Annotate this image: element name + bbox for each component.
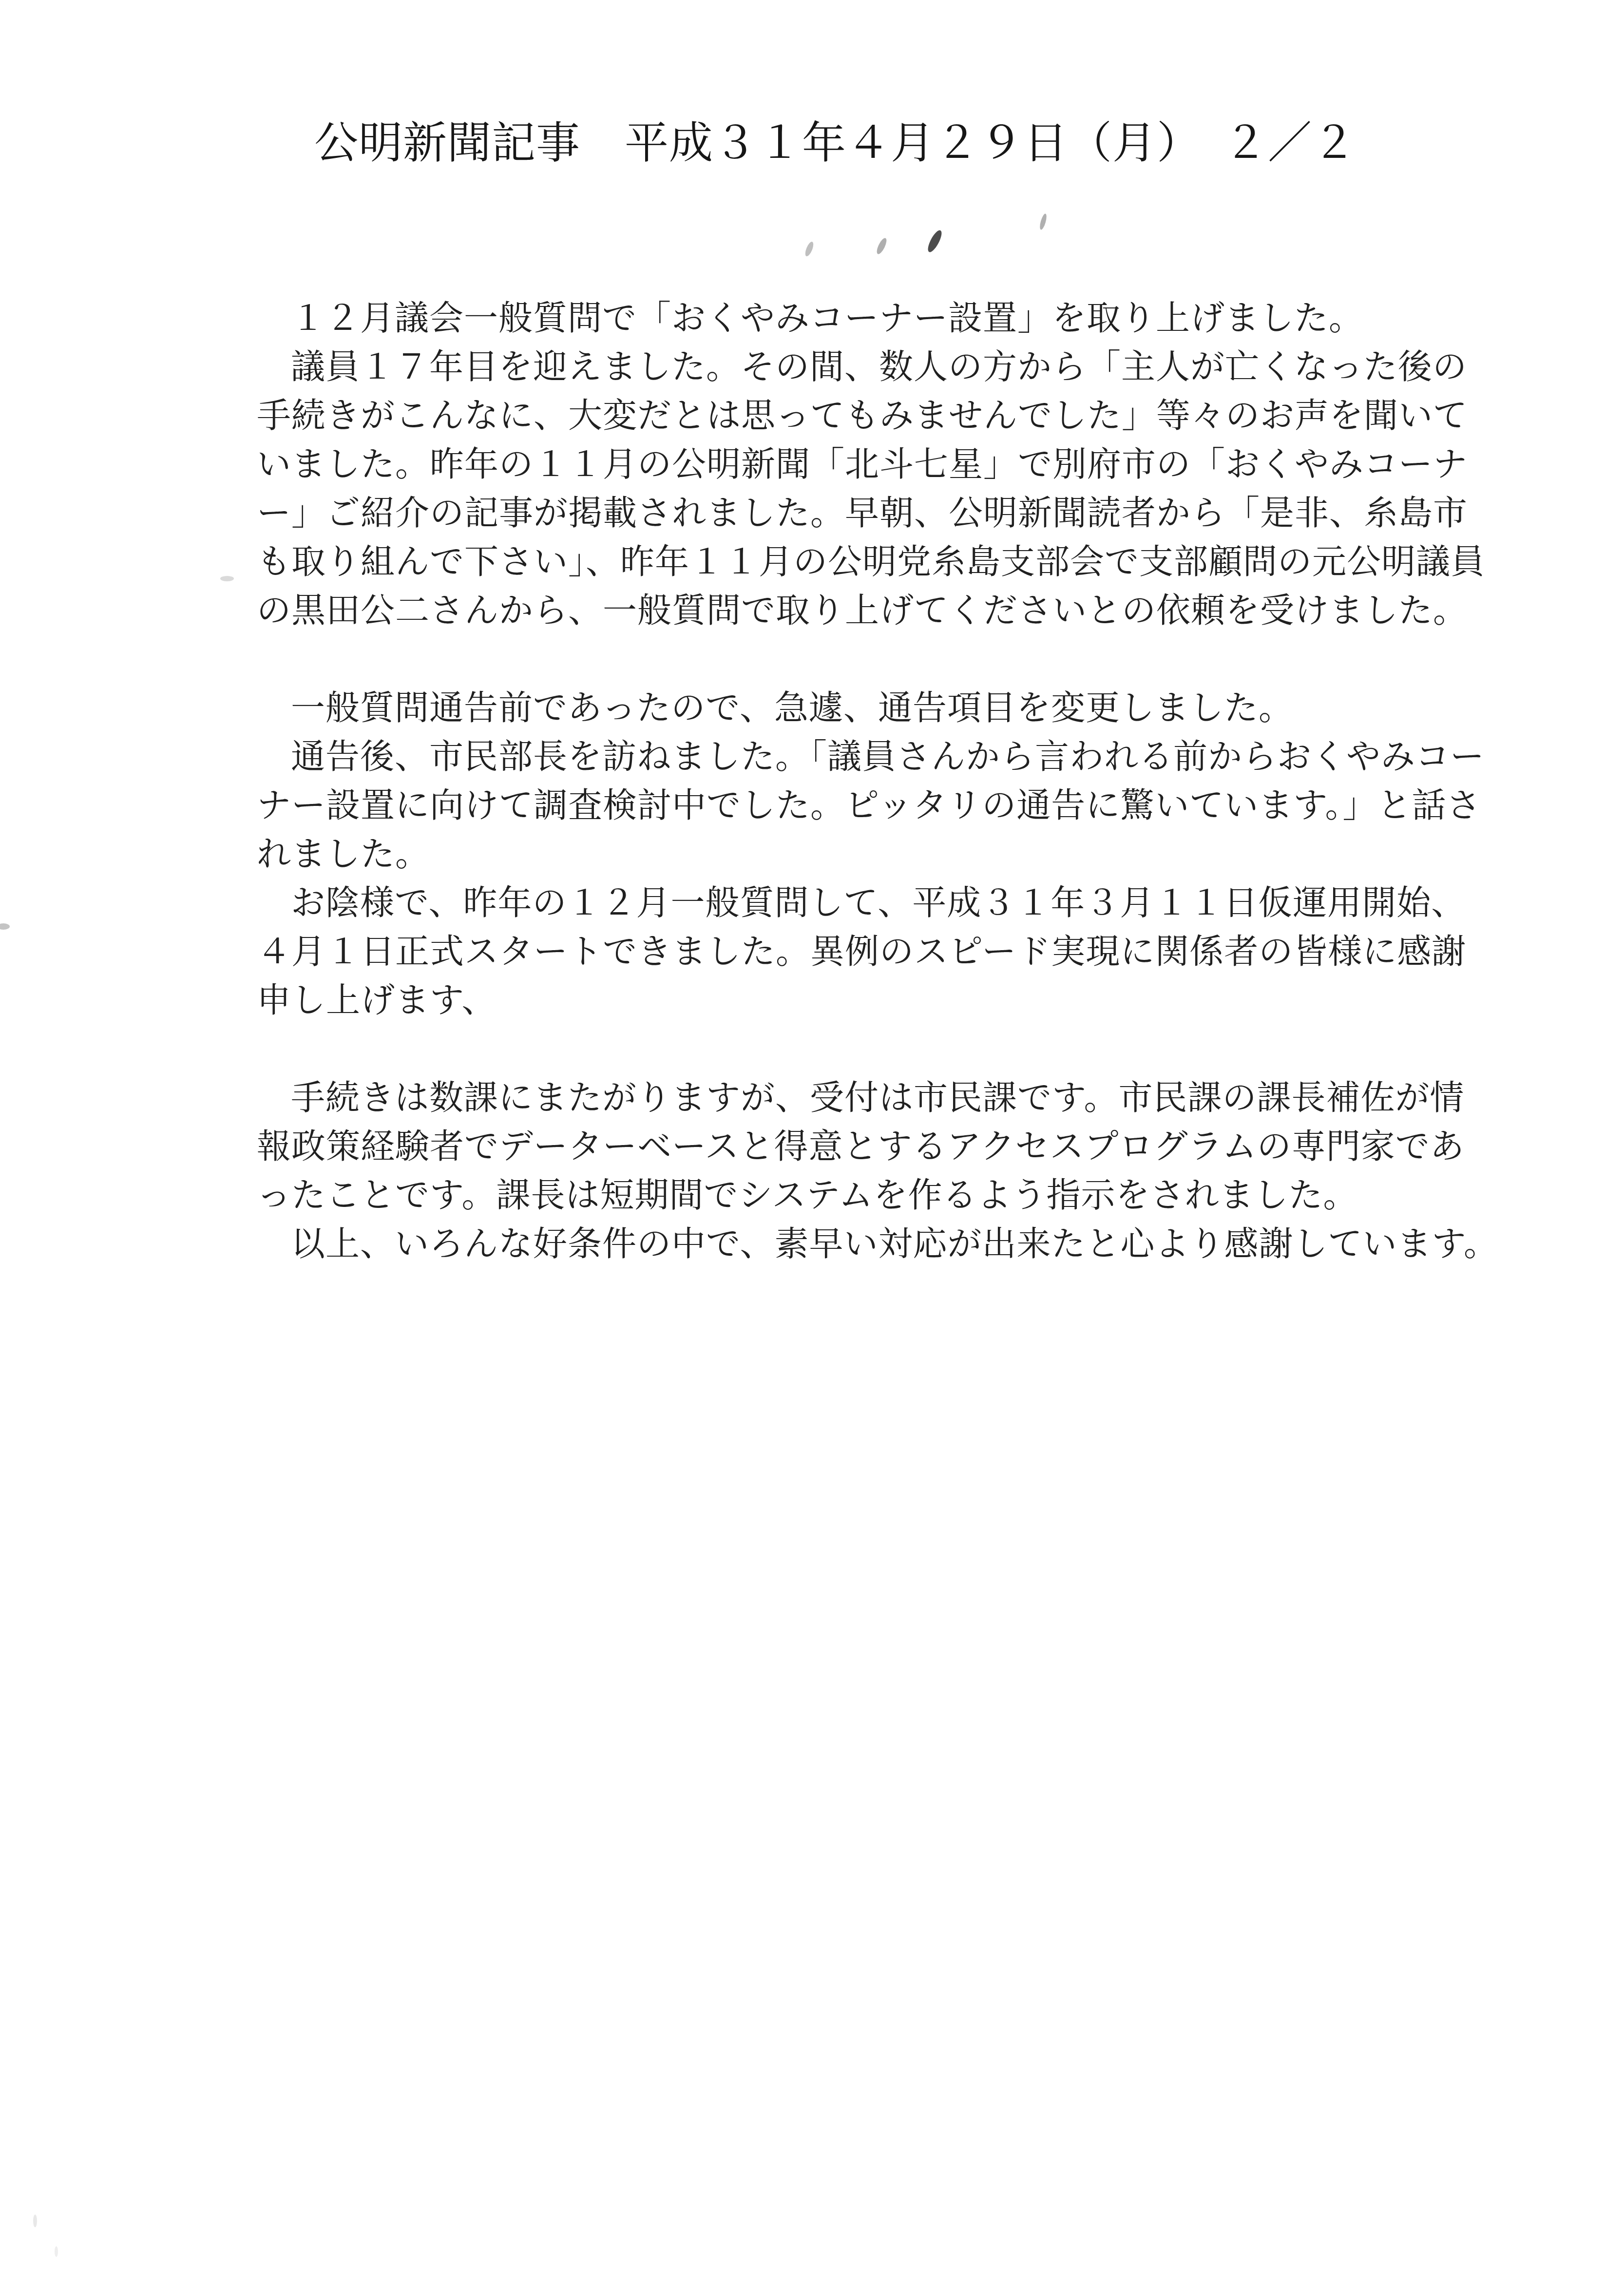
text-line: １２月議会一般質問で「おくやみコーナー設置」を取り上げました。 — [257, 295, 1475, 344]
paragraph: 以上、いろんな好条件の中で、素早い対応が出来たと心より感謝しています。 — [257, 1221, 1475, 1269]
paragraph: 通告後、市民部長を訪ねました。「議員さんから言われる前からおくやみコー ナー設置… — [257, 733, 1475, 879]
scan-speck — [33, 2215, 37, 2227]
text-line: ったことです。課長は短期間でシステムを作るよう指示をされました。 — [257, 1172, 1475, 1221]
text-line: いました。昨年の１１月の公明新聞「北斗七星」で別府市の「おくやみコーナ — [257, 441, 1475, 490]
page-title: 公明新聞記事 平成３１年４月２９日（月） ２／２ — [314, 119, 1357, 168]
text-line: ー」ご紹介の記事が掲載されました。早朝、公明新聞読者から「是非、糸島市 — [257, 490, 1475, 538]
paragraph: 議員１７年目を迎えました。その間、数人の方から「主人が亡くなった後の 手続きがこ… — [257, 344, 1475, 636]
text-line: も取り組んで下さい」、昨年１１月の公明党糸島支部会で支部顧問の元公明議員 — [257, 538, 1475, 587]
scan-speck — [875, 237, 888, 255]
paragraph: 一般質問通告前であったので、急遽、通告項目を変更しました。 — [257, 685, 1475, 733]
scan-speck — [1039, 213, 1048, 230]
text-line: 一般質問通告前であったので、急遽、通告項目を変更しました。 — [257, 685, 1475, 733]
text-line: 申し上げます、 — [257, 977, 1475, 1026]
text-line: お陰様で、昨年の１２月一般質問して、平成３１年３月１１日仮運用開始、 — [257, 879, 1475, 928]
scan-speck — [803, 241, 815, 257]
text-line: 議員１７年目を迎えました。その間、数人の方から「主人が亡くなった後の — [257, 344, 1475, 392]
text-line: れました。 — [257, 831, 1475, 879]
text-line: の黒田公二さんから、一般質問で取り上げてくださいとの依頼を受けました。 — [257, 587, 1475, 636]
text-line: 以上、いろんな好条件の中で、素早い対応が出来たと心より感謝しています。 — [257, 1221, 1475, 1269]
scan-speck — [0, 923, 10, 930]
text-line: ナー設置に向けて調査検討中でした。ピッタリの通告に驚いています。」と話さ — [257, 782, 1475, 831]
paragraph: 手続きは数課にまたがりますが、受付は市民課です。市民課の課長補佐が情 報政策経験… — [257, 1074, 1475, 1221]
text-line: 手続きは数課にまたがりますが、受付は市民課です。市民課の課長補佐が情 — [257, 1074, 1475, 1123]
scan-speck — [220, 576, 234, 581]
scan-speck — [55, 2246, 58, 2257]
text-line: 報政策経験者でデーターベースと得意とするアクセスプログラムの専門家であ — [257, 1123, 1475, 1172]
paragraph: １２月議会一般質問で「おくやみコーナー設置」を取り上げました。 — [257, 295, 1475, 344]
text-line: 手続きがこんなに、大変だとは思ってもみませんでした」等々のお声を聞いて — [257, 392, 1475, 441]
text-line: ４月１日正式スタートできました。異例のスピード実現に関係者の皆様に感謝 — [257, 928, 1475, 977]
text-line: 通告後、市民部長を訪ねました。「議員さんから言われる前からおくやみコー — [257, 733, 1475, 782]
scanned-document-page: 公明新聞記事 平成３１年４月２９日（月） ２／２ １２月議会一般質問で「おくやみ… — [0, 0, 1624, 2294]
paragraph: お陰様で、昨年の１２月一般質問して、平成３１年３月１１日仮運用開始、 ４月１日正… — [257, 879, 1475, 1026]
document-body: １２月議会一般質問で「おくやみコーナー設置」を取り上げました。 議員１７年目を迎… — [257, 295, 1475, 1269]
scan-speck — [925, 229, 944, 254]
